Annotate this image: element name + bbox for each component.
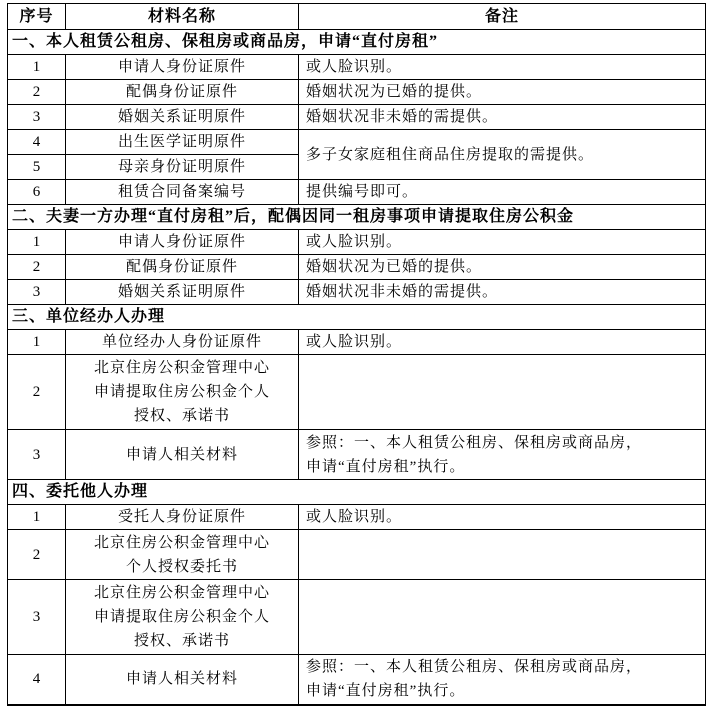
row-number-cell: 3 [8,430,66,480]
material-name-cell: 配偶身份证原件 [66,80,299,105]
material-name-cell: 配偶身份证原件 [66,255,299,280]
material-name-cell: 申请人相关材料 [66,430,299,480]
material-name-cell: 母亲身份证明原件 [66,155,299,180]
table-body: 一、本人租赁公租房、保租房或商品房，申请“直付房租” 1 申请人身份证原件 或人… [8,30,706,705]
section-4-title: 四、委托他人办理 [8,480,706,505]
remark-cell: 或人脸识别。 [299,330,706,355]
row-number-cell: 1 [8,230,66,255]
section-1-header-row: 一、本人租赁公租房、保租房或商品房，申请“直付房租” [8,30,706,55]
row-number-cell: 1 [8,330,66,355]
column-header-serial-no: 序号 [8,4,66,30]
remark-cell: 提供编号即可。 [299,180,706,205]
remark-cell [299,530,706,580]
column-header-material-name: 材料名称 [66,4,299,30]
table-row: 3 申请人相关材料 参照：一、本人租赁公租房、保租房或商品房， 申请“直付房租”… [8,430,706,480]
column-header-remark: 备注 [299,4,706,30]
row-number-cell: 5 [8,155,66,180]
remark-cell-merged: 多子女家庭租住商品住房提取的需提供。 [299,130,706,180]
section-2-title: 二、夫妻一方办理“直付房租”后，配偶因同一租房事项申请提取住房公积金 [8,205,706,230]
material-name-cell: 出生医学证明原件 [66,130,299,155]
remark-cell: 参照：一、本人租赁公租房、保租房或商品房， 申请“直付房租”执行。 [299,655,706,705]
remark-cell: 或人脸识别。 [299,230,706,255]
table-row: 1 单位经办人身份证原件 或人脸识别。 [8,330,706,355]
table-row: 4 申请人相关材料 参照：一、本人租赁公租房、保租房或商品房， 申请“直付房租”… [8,655,706,705]
material-name-cell: 单位经办人身份证原件 [66,330,299,355]
remark-cell: 婚姻状况非未婚的需提供。 [299,280,706,305]
table-row: 2 北京住房公积金管理中心 申请提取住房公积金个人 授权、承诺书 [8,355,706,430]
header-row: 序号 材料名称 备注 [8,4,706,30]
table-row: 2 配偶身份证原件 婚姻状况为已婚的提供。 [8,255,706,280]
remark-cell: 或人脸识别。 [299,55,706,80]
material-name-cell: 申请人身份证原件 [66,230,299,255]
materials-table: 序号 材料名称 备注 一、本人租赁公租房、保租房或商品房，申请“直付房租” 1 … [7,3,706,706]
row-number-cell: 4 [8,655,66,705]
row-number-cell: 4 [8,130,66,155]
section-2-header-row: 二、夫妻一方办理“直付房租”后，配偶因同一租房事项申请提取住房公积金 [8,205,706,230]
table-header: 序号 材料名称 备注 [8,4,706,30]
material-name-cell: 婚姻关系证明原件 [66,280,299,305]
row-number-cell: 3 [8,580,66,655]
section-3-title: 三、单位经办人办理 [8,305,706,330]
table-row: 4 出生医学证明原件 多子女家庭租住商品住房提取的需提供。 [8,130,706,155]
material-name-cell: 北京住房公积金管理中心 个人授权委托书 [66,530,299,580]
material-name-cell: 北京住房公积金管理中心 申请提取住房公积金个人 授权、承诺书 [66,580,299,655]
remark-cell: 婚姻状况为已婚的提供。 [299,255,706,280]
table-row: 1 受托人身份证原件 或人脸识别。 [8,505,706,530]
material-name-cell: 申请人身份证原件 [66,55,299,80]
row-number-cell: 2 [8,80,66,105]
remark-cell: 婚姻状况非未婚的需提供。 [299,105,706,130]
table-row: 2 北京住房公积金管理中心 个人授权委托书 [8,530,706,580]
table-row: 1 申请人身份证原件 或人脸识别。 [8,230,706,255]
table-row: 3 婚姻关系证明原件 婚姻状况非未婚的需提供。 [8,105,706,130]
table-row: 1 申请人身份证原件 或人脸识别。 [8,55,706,80]
row-number-cell: 3 [8,105,66,130]
remark-cell: 或人脸识别。 [299,505,706,530]
row-number-cell: 1 [8,55,66,80]
material-name-cell: 北京住房公积金管理中心 申请提取住房公积金个人 授权、承诺书 [66,355,299,430]
document-page: 序号 材料名称 备注 一、本人租赁公租房、保租房或商品房，申请“直付房租” 1 … [7,3,705,706]
row-number-cell: 3 [8,280,66,305]
table-row: 3 北京住房公积金管理中心 申请提取住房公积金个人 授权、承诺书 [8,580,706,655]
remark-cell: 婚姻状况为已婚的提供。 [299,80,706,105]
material-name-cell: 申请人相关材料 [66,655,299,705]
material-name-cell: 受托人身份证原件 [66,505,299,530]
remark-cell [299,355,706,430]
remark-cell: 参照：一、本人租赁公租房、保租房或商品房， 申请“直付房租”执行。 [299,430,706,480]
row-number-cell: 2 [8,355,66,430]
table-row: 3 婚姻关系证明原件 婚姻状况非未婚的需提供。 [8,280,706,305]
row-number-cell: 2 [8,530,66,580]
row-number-cell: 2 [8,255,66,280]
row-number-cell: 1 [8,505,66,530]
material-name-cell: 婚姻关系证明原件 [66,105,299,130]
section-3-header-row: 三、单位经办人办理 [8,305,706,330]
material-name-cell: 租赁合同备案编号 [66,180,299,205]
section-4-header-row: 四、委托他人办理 [8,480,706,505]
table-row: 2 配偶身份证原件 婚姻状况为已婚的提供。 [8,80,706,105]
table-row: 6 租赁合同备案编号 提供编号即可。 [8,180,706,205]
remark-cell [299,580,706,655]
row-number-cell: 6 [8,180,66,205]
section-1-title: 一、本人租赁公租房、保租房或商品房，申请“直付房租” [8,30,706,55]
